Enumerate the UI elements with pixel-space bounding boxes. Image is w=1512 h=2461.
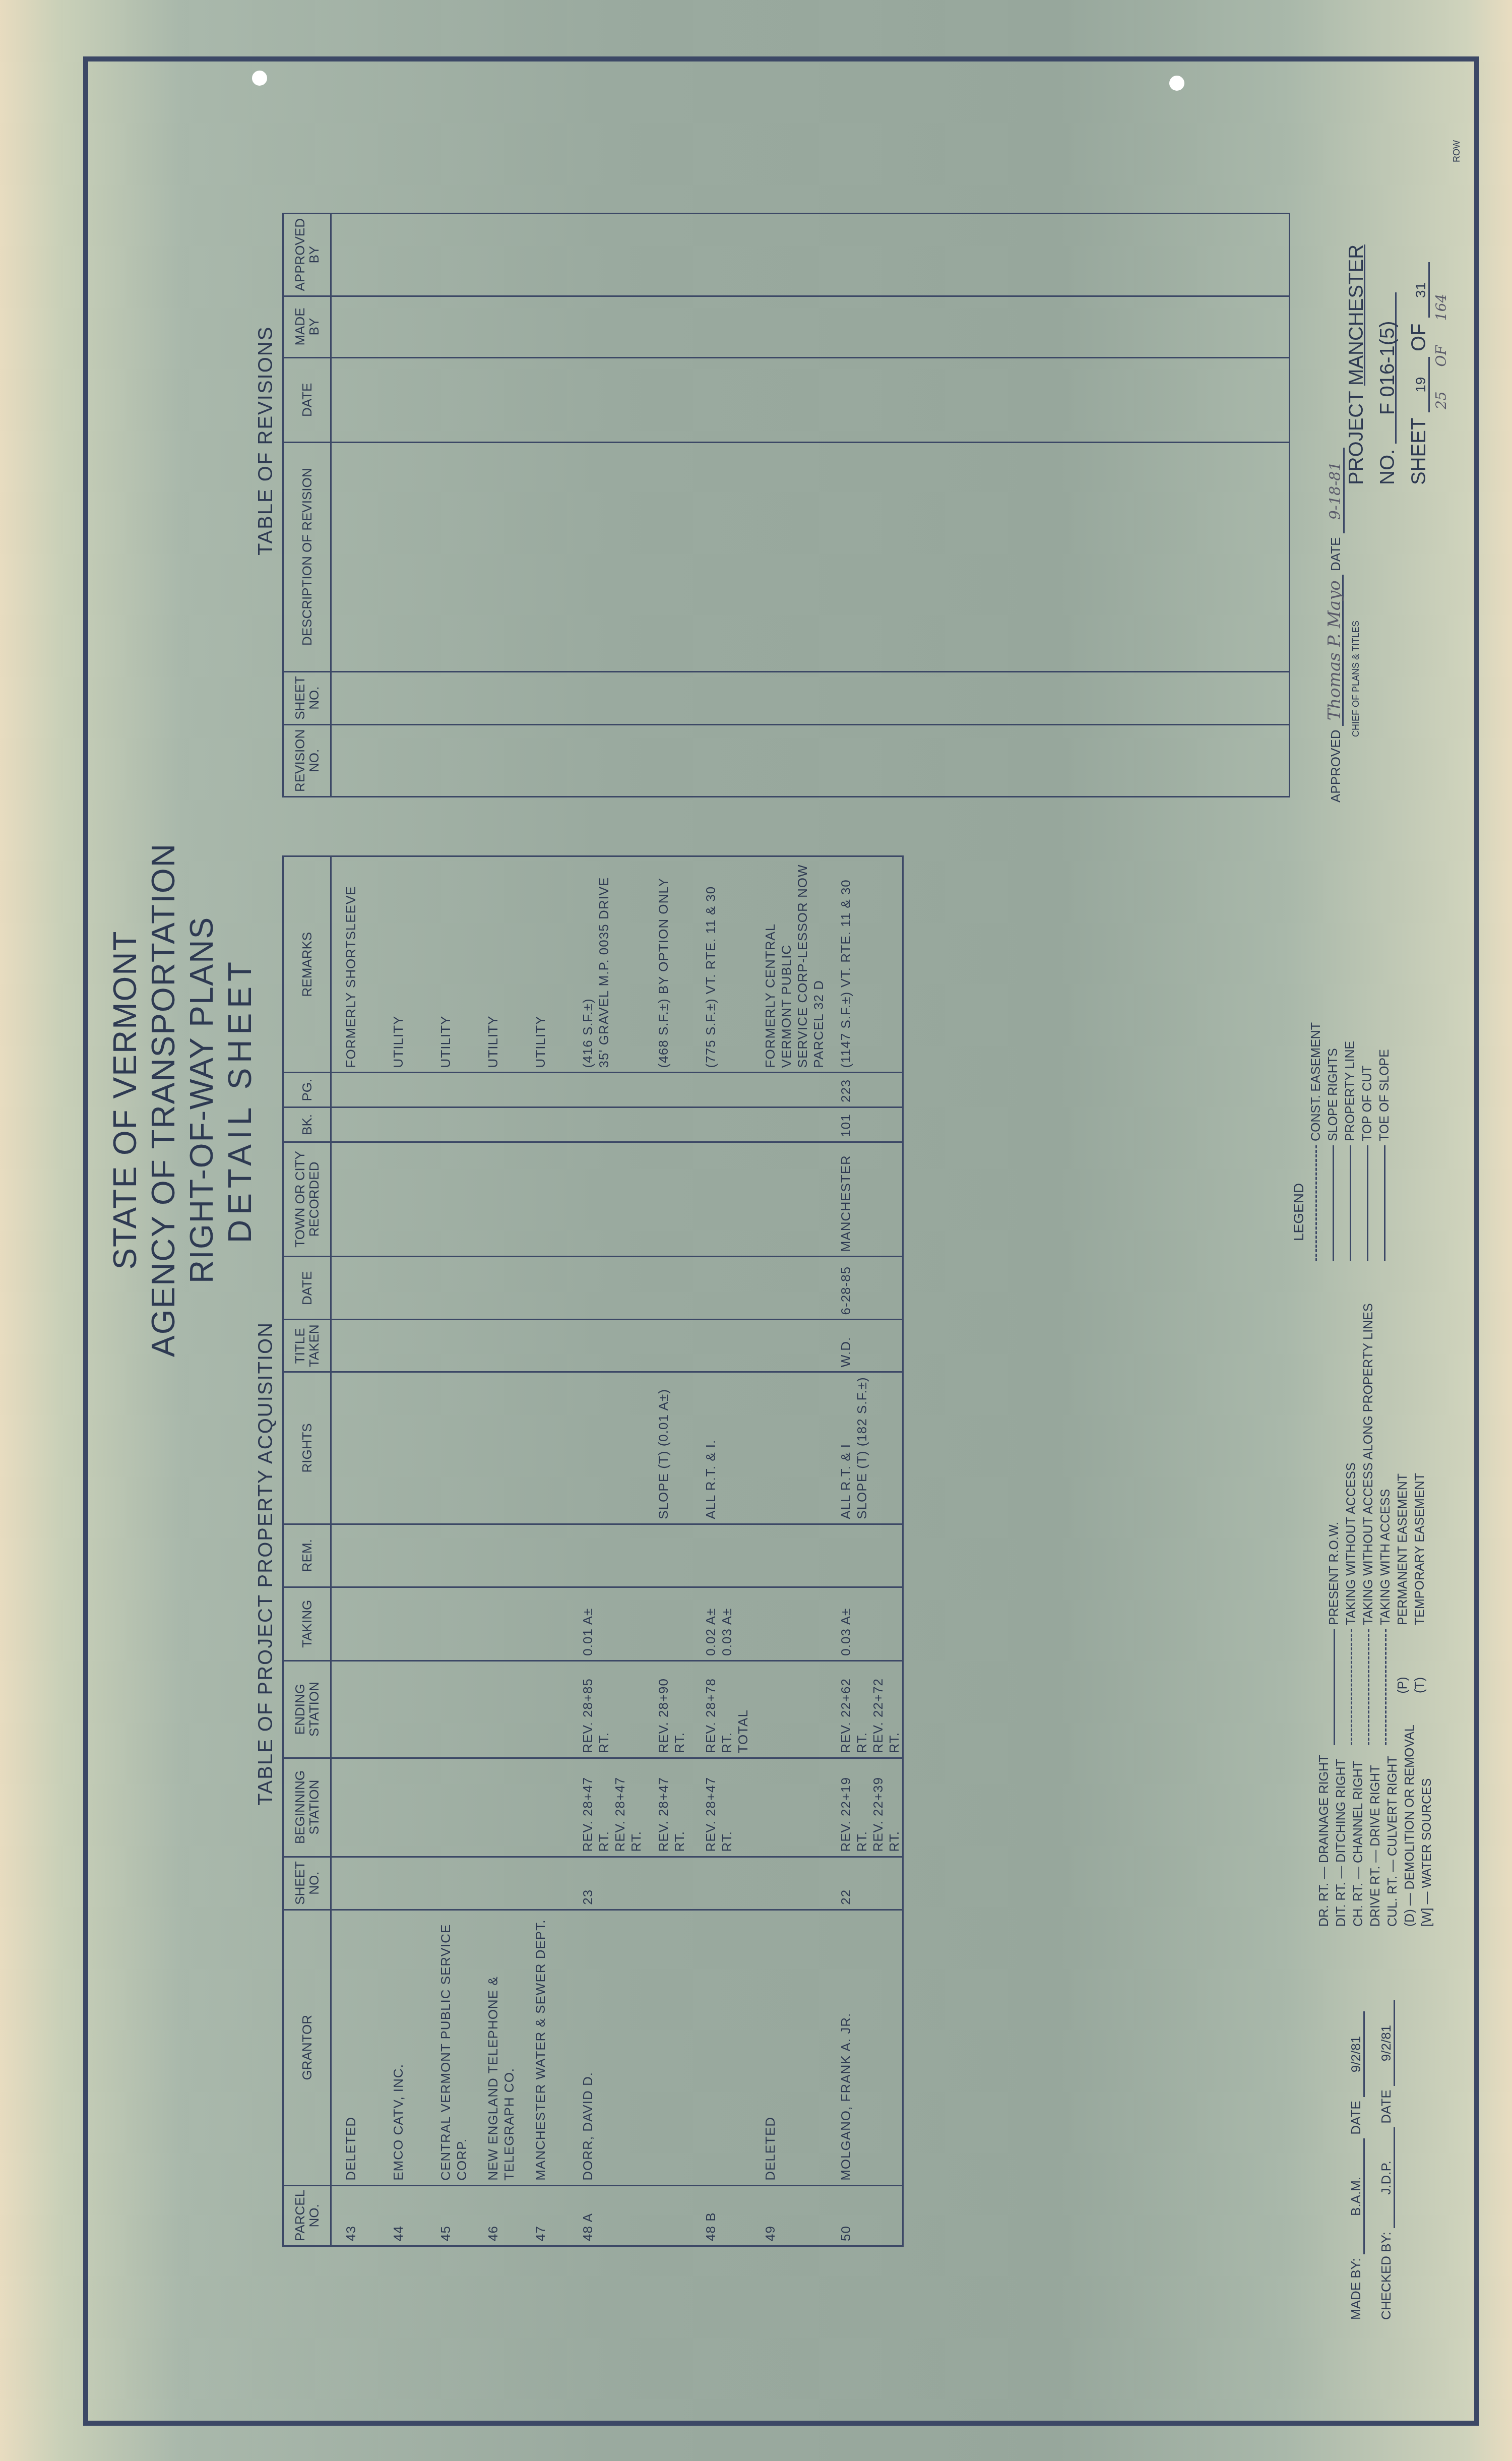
cell-taking: [474, 1587, 521, 1660]
of-label: OF: [1408, 324, 1430, 352]
cell-bk: [751, 1108, 827, 1142]
cell-grantor: DELETED: [331, 1910, 380, 2185]
rev-cell: [331, 671, 1290, 724]
cell-begin: [474, 1758, 521, 1857]
cell-title: [569, 1320, 644, 1372]
cell-date: [751, 1257, 827, 1320]
abbrev-item: CH. RT. — CHANNEL RIGHT: [1350, 1725, 1367, 1927]
cell-date: 6-28-85: [827, 1257, 903, 1320]
legend-label: PERMANENT EASEMENT: [1394, 1473, 1411, 1625]
cell-taking: 0.01 A±: [569, 1587, 644, 1660]
cell-title: [426, 1320, 474, 1372]
abbrev-item: DRIVE RT. — DRIVE RIGHT: [1367, 1725, 1384, 1927]
table-row-parcel-45: 45 CENTRAL VERMONT PUBLIC SERVICE CORP. …: [426, 856, 474, 2246]
cell-sheet: [691, 1857, 751, 1910]
table-row-parcel-50: 50 MOLGANO, FRANK A. JR. 22 REV. 22+19 R…: [827, 856, 903, 2246]
cell-town: [426, 1142, 474, 1256]
cell-town: [644, 1142, 691, 1256]
cell-bk: [474, 1108, 521, 1142]
circle-line-icon: [1384, 1145, 1385, 1261]
cell-sheet: [521, 1857, 569, 1910]
cell-pg: [331, 1073, 380, 1108]
abbrev-item: DR. RT. — DRAINAGE RIGHT: [1315, 1725, 1333, 1927]
slope-rights-line-icon: [1333, 1145, 1334, 1261]
revisions-empty-row: [331, 214, 1290, 797]
table-row-parcel-48a: 48 A DORR, DAVID D. 23 REV. 28+47 RT. RE…: [569, 856, 644, 2246]
legend-toe-of-slope: TOE OF SLOPE: [1376, 1022, 1393, 1261]
cell-bk: [331, 1108, 380, 1142]
col-date: DATE: [283, 1257, 331, 1320]
cell-remarks: UTILITY: [474, 856, 521, 1073]
legend-label: CONST. EASEMENT: [1307, 1022, 1325, 1141]
made-date-value: 9/2/81: [1348, 2011, 1365, 2097]
cell-remarks: (468 S.F.±) BY OPTION ONLY: [644, 856, 691, 1073]
col-beginning-station: BEGINNING STATION: [283, 1758, 331, 1857]
acquisition-table-title: TABLE OF PROJECT PROPERTY ACQUISITION: [255, 1322, 277, 1806]
cell-pg: [426, 1073, 474, 1108]
cell-date: [426, 1257, 474, 1320]
legend-label: TOP OF CUT: [1359, 1066, 1376, 1141]
title-line-agency: AGENCY OF TRANSPORTATION: [144, 823, 182, 1377]
cell-end: REV. 28+90 RT.: [644, 1660, 691, 1758]
cell-pg: [691, 1073, 751, 1108]
cell-rem: [644, 1524, 691, 1587]
cell-end: [751, 1660, 827, 1758]
cell-begin: REV. 22+19 RT. REV. 22+39 RT.: [827, 1758, 903, 1857]
cell-town: [331, 1142, 380, 1256]
cell-parcel: [644, 2185, 691, 2246]
legend-label: TOE OF SLOPE: [1376, 1049, 1393, 1141]
cell-end: [426, 1660, 474, 1758]
cell-grantor: [691, 1910, 751, 2185]
cell-taking: [644, 1587, 691, 1660]
cell-begin: [521, 1758, 569, 1857]
cell-parcel: 45: [426, 2185, 474, 2246]
cell-taking: [379, 1587, 426, 1660]
cell-title: W.D.: [827, 1320, 903, 1372]
checked-date-label: DATE: [1378, 2089, 1394, 2123]
legend-const-easement: CONST. EASEMENT: [1307, 1022, 1325, 1261]
cell-remarks: UTILITY: [426, 856, 474, 1073]
cell-sheet: [751, 1857, 827, 1910]
col-rem: REM.: [283, 1524, 331, 1587]
cell-parcel: 46: [474, 2185, 521, 2246]
cell-title: [521, 1320, 569, 1372]
title-line-detail: DETAIL SHEET: [221, 823, 259, 1377]
sheet-label: SHEET: [1408, 418, 1430, 485]
cell-date: [521, 1257, 569, 1320]
table-row-parcel-48a-slope: REV. 28+47 RT. REV. 28+90 RT. SLOPE (T) …: [644, 856, 691, 2246]
col-rev-date: DATE: [283, 357, 331, 442]
legend-taking-without-access: TAKING WITHOUT ACCESS: [1343, 1303, 1360, 1745]
present-row-line-icon: [1334, 1629, 1335, 1745]
cell-sheet: [426, 1857, 474, 1910]
rotated-drawing: STATE OF VERMONT AGENCY OF TRANSPORTATIO…: [0, 0, 1512, 2461]
made-by-line: MADE BY: B.A.M. DATE 9/2/81: [1341, 2000, 1371, 2320]
cell-rights: [331, 1372, 380, 1524]
cell-rem: [521, 1524, 569, 1587]
legend-top-of-cut: TOP OF CUT: [1359, 1022, 1376, 1261]
cell-title: [331, 1320, 380, 1372]
col-page: PG.: [283, 1073, 331, 1108]
rev-cell: [331, 296, 1290, 357]
revisions-table: REVISION NO. SHEET NO. DESCRIPTION OF RE…: [282, 213, 1290, 797]
cell-pg: [379, 1073, 426, 1108]
property-line-icon: [1350, 1145, 1351, 1261]
cell-rights: SLOPE (T) (0.01 A±): [644, 1372, 691, 1524]
cell-begin: [751, 1758, 827, 1857]
cell-rem: [691, 1524, 751, 1587]
col-description: DESCRIPTION OF REVISION: [283, 443, 331, 672]
cell-pg: [569, 1073, 644, 1108]
legend-label: TAKING WITH ACCESS: [1377, 1489, 1394, 1625]
acquisition-table: PARCEL NO. GRANTOR SHEET NO. BEGINNING S…: [282, 855, 904, 2247]
checked-by-line: CHECKED BY: J.D.P. DATE 9/2/81: [1371, 2000, 1401, 2320]
col-town-recorded: TOWN OR CITY RECORDED: [283, 1142, 331, 1256]
signoff-block: MADE BY: B.A.M. DATE 9/2/81 CHECKED BY: …: [1341, 2000, 1401, 2320]
cell-taking: [521, 1587, 569, 1660]
cell-grantor: DELETED: [751, 1910, 827, 2185]
temporary-easement-symbol: (T): [1411, 1625, 1428, 1745]
cell-grantor: NEW ENGLAND TELEPHONE & TELEGRAPH CO.: [474, 1910, 521, 2185]
cell-end: REV. 22+62 RT. REV. 22+72 RT.: [827, 1660, 903, 1758]
cell-rights: ALL R.T. & I SLOPE (T) (182 S.F.±): [827, 1372, 903, 1524]
legend-present-row: PRESENT R.O.W.: [1326, 1303, 1343, 1745]
cell-town: [474, 1142, 521, 1256]
revisions-header-row: REVISION NO. SHEET NO. DESCRIPTION OF RE…: [283, 214, 331, 797]
sheet-total: 31: [1413, 262, 1430, 318]
legend-label: SLOPE RIGHTS: [1325, 1048, 1342, 1141]
made-date-label: DATE: [1348, 2101, 1363, 2134]
col-revision-no: REVISION NO.: [283, 724, 331, 796]
cell-sheet: 23: [569, 1857, 644, 1910]
sheet-total-alt: 164: [1433, 294, 1450, 321]
cell-sheet: [474, 1857, 521, 1910]
made-by-value: B.A.M.: [1348, 2138, 1365, 2254]
approved-label: APPROVED: [1328, 730, 1343, 803]
cell-remarks: FORMERLY CENTRAL VERMONT PUBLIC SERVICE …: [751, 856, 827, 1073]
cell-taking: [331, 1587, 380, 1660]
cell-begin: REV. 28+47 RT.: [644, 1758, 691, 1857]
table-row-parcel-47: 47 MANCHESTER WATER & SEWER DEPT. UTILIT…: [521, 856, 569, 2246]
cell-rem: [751, 1524, 827, 1587]
dashed-line-icon: [1385, 1629, 1387, 1745]
table-row-parcel-44: 44 EMCO CATV, INC. UTILITY: [379, 856, 426, 2246]
cell-remarks: (1147 S.F.±) VT. RTE. 11 & 30: [827, 856, 903, 1073]
legend-taking-without-access-pl: TAKING WITHOUT ACCESS ALONG PROPERTY LIN…: [1360, 1303, 1377, 1745]
checked-date-value: 9/2/81: [1378, 2000, 1395, 2086]
cell-pg: [521, 1073, 569, 1108]
cell-rem: [426, 1524, 474, 1587]
abbrev-item: CUL. RT. — CULVERT RIGHT: [1384, 1725, 1401, 1927]
legend-permanent-easement: (P)PERMANENT EASEMENT: [1394, 1303, 1411, 1745]
cell-rights: [474, 1372, 521, 1524]
legend-temporary-easement: (T)TEMPORARY EASEMENT: [1411, 1303, 1428, 1745]
cell-bk: [644, 1108, 691, 1142]
cell-bk: 101: [827, 1108, 903, 1142]
table-row-parcel-49: 49 DELETED FORMERLY CENTRAL VERMONT PUBL…: [751, 856, 827, 2246]
permanent-easement-symbol: (P): [1394, 1625, 1411, 1745]
cell-taking: [751, 1587, 827, 1660]
checked-by-value: J.D.P.: [1378, 2127, 1395, 2228]
title-block: STATE OF VERMONT AGENCY OF TRANSPORTATIO…: [106, 823, 259, 1377]
cell-rem: [379, 1524, 426, 1587]
hatch-property-line-icon: [1368, 1629, 1369, 1745]
cell-rights: [569, 1372, 644, 1524]
cell-end: [521, 1660, 569, 1758]
revisions-table-title: TABLE OF REVISIONS: [255, 326, 277, 556]
cell-parcel: 43: [331, 2185, 380, 2246]
of-label-alt: OF: [1433, 345, 1450, 366]
project-block: PROJECT MANCHESTER NO. F 016-1(5) SHEET …: [1341, 244, 1448, 485]
cell-bk: [379, 1108, 426, 1142]
cell-town: [691, 1142, 751, 1256]
col-remarks: REMARKS: [283, 856, 331, 1073]
cell-title: [474, 1320, 521, 1372]
rev-cell: [331, 724, 1290, 796]
col-made-by: MADE BY: [283, 296, 331, 357]
cell-pg: [474, 1073, 521, 1108]
cell-begin: REV. 28+47 RT.: [691, 1758, 751, 1857]
project-line: PROJECT MANCHESTER: [1341, 244, 1372, 485]
checked-by-label: CHECKED BY:: [1378, 2232, 1394, 2320]
cell-grantor: MANCHESTER WATER & SEWER DEPT.: [521, 1910, 569, 2185]
cell-rights: [521, 1372, 569, 1524]
cell-begin: REV. 28+47 RT. REV. 28+47 RT.: [569, 1758, 644, 1857]
table-row-parcel-43: 43 DELETED FORMERLY SHORTSLEEVE: [331, 856, 380, 2246]
cell-parcel: 50: [827, 2185, 903, 2246]
approval-block: APPROVED Thomas P. Mayo DATE 9-18-81 CHI…: [1320, 448, 1361, 803]
col-title-taken: TITLE TAKEN: [283, 1320, 331, 1372]
cell-remarks: FORMERLY SHORTSLEEVE: [331, 856, 380, 1073]
cell-town: MANCHESTER: [827, 1142, 903, 1256]
cell-parcel: 48 B: [691, 2185, 751, 2246]
legend-label: TAKING WITHOUT ACCESS: [1343, 1462, 1360, 1625]
cell-town: [521, 1142, 569, 1256]
col-book: BK.: [283, 1108, 331, 1142]
cell-taking: 0.03 A±: [827, 1587, 903, 1660]
cell-title: [691, 1320, 751, 1372]
cell-town: [569, 1142, 644, 1256]
rev-cell: [331, 357, 1290, 442]
cell-parcel: 44: [379, 2185, 426, 2246]
col-taking: TAKING: [283, 1587, 331, 1660]
hatch-line-icon: [1351, 1629, 1352, 1745]
cell-sheet: 22: [827, 1857, 903, 1910]
col-rev-sheet-no: SHEET NO.: [283, 671, 331, 724]
alt-sheet-numbering: 25 OF 164: [1434, 244, 1448, 409]
abbreviations-list: DR. RT. — DRAINAGE RIGHT DIT. RT. — DITC…: [1315, 1725, 1435, 1927]
rev-cell: [331, 443, 1290, 672]
cell-taking: [426, 1587, 474, 1660]
cell-end: [474, 1660, 521, 1758]
project-number: F 016-1(5): [1380, 292, 1397, 444]
cell-grantor: [644, 1910, 691, 2185]
legend-title: LEGEND: [1290, 1022, 1307, 1241]
cell-town: [379, 1142, 426, 1256]
cell-bk: [569, 1108, 644, 1142]
cell-parcel: 49: [751, 2185, 827, 2246]
col-parcel-no: PARCEL NO.: [283, 2185, 331, 2246]
cell-parcel: 47: [521, 2185, 569, 2246]
abbrev-item: DIT. RT. — DITCHING RIGHT: [1333, 1725, 1350, 1927]
cell-pg: 223: [827, 1073, 903, 1108]
sheet-number: 19: [1413, 357, 1430, 412]
cell-rights: [751, 1372, 827, 1524]
title-line-plans: RIGHT-OF-WAY PLANS: [182, 823, 221, 1377]
cell-date: [331, 1257, 380, 1320]
cell-rem: [331, 1524, 380, 1587]
cell-rem: [569, 1524, 644, 1587]
cell-title: [379, 1320, 426, 1372]
abbrev-item: [W] — WATER SOURCES: [1418, 1725, 1435, 1927]
title-line-state: STATE OF VERMONT: [106, 823, 144, 1377]
project-label: PROJECT: [1345, 391, 1367, 485]
cell-title: [751, 1320, 827, 1372]
col-ending-station: ENDING STATION: [283, 1660, 331, 1758]
approval-role: CHIEF OF PLANS & TITLES: [1351, 448, 1361, 737]
const-easement-line-icon: [1315, 1145, 1317, 1261]
cell-remarks: UTILITY: [379, 856, 426, 1073]
cell-rem: [474, 1524, 521, 1587]
cell-grantor: CENTRAL VERMONT PUBLIC SERVICE CORP.: [426, 1910, 474, 2185]
legend-label: PRESENT R.O.W.: [1326, 1522, 1343, 1625]
table-row-parcel-46: 46 NEW ENGLAND TELEPHONE & TELEGRAPH CO.…: [474, 856, 521, 2246]
cell-grantor: MOLGANO, FRANK A. JR.: [827, 1910, 903, 2185]
approval-date-label: DATE: [1328, 537, 1343, 571]
project-number-line: NO. F 016-1(5): [1372, 244, 1403, 485]
cell-pg: [751, 1073, 827, 1108]
cell-begin: [426, 1758, 474, 1857]
cell-bk: [521, 1108, 569, 1142]
cell-rights: [426, 1372, 474, 1524]
sheet-number-alt: 25: [1433, 391, 1450, 409]
rev-cell: [331, 214, 1290, 296]
triangle-line-icon: [1367, 1145, 1368, 1261]
cell-remarks: UTILITY: [521, 856, 569, 1073]
cell-pg: [644, 1073, 691, 1108]
cell-begin: [379, 1758, 426, 1857]
cell-bk: [691, 1108, 751, 1142]
legend-taking-with-access: TAKING WITH ACCESS: [1377, 1303, 1394, 1745]
cell-begin: [331, 1758, 380, 1857]
cell-date: [691, 1257, 751, 1320]
legend-label: TEMPORARY EASEMENT: [1411, 1473, 1428, 1625]
cell-rem: [827, 1524, 903, 1587]
legend-right: LEGEND CONST. EASEMENT SLOPE RIGHTS PROP…: [1290, 1022, 1393, 1261]
cell-town: [751, 1142, 827, 1256]
cell-sheet: [644, 1857, 691, 1910]
cell-end: REV. 28+85 RT.: [569, 1660, 644, 1758]
cell-bk: [426, 1108, 474, 1142]
acquisition-header-row: PARCEL NO. GRANTOR SHEET NO. BEGINNING S…: [283, 856, 331, 2246]
made-by-label: MADE BY:: [1348, 2258, 1363, 2320]
cell-parcel: 48 A: [569, 2185, 644, 2246]
cell-remarks: (775 S.F.±) VT. RTE. 11 & 30: [691, 856, 751, 1073]
cell-title: [644, 1320, 691, 1372]
cell-end: [331, 1660, 380, 1758]
project-no-label: NO.: [1376, 449, 1399, 485]
sheet-number-line: SHEET 19 OF 31: [1403, 244, 1434, 485]
legend-slope-rights: SLOPE RIGHTS: [1325, 1022, 1342, 1261]
cell-date: [379, 1257, 426, 1320]
cell-sheet: [379, 1857, 426, 1910]
col-sheet-no: SHEET NO.: [283, 1857, 331, 1910]
cell-date: [474, 1257, 521, 1320]
cell-end: REV. 28+78 RT. TOTAL: [691, 1660, 751, 1758]
cell-grantor: DORR, DAVID D.: [569, 1910, 644, 2185]
col-approved-by: APPROVED BY: [283, 214, 331, 296]
cell-taking: 0.02 A± 0.03 A±: [691, 1587, 751, 1660]
col-grantor: GRANTOR: [283, 1910, 331, 2185]
row-stamp: ROW: [1452, 140, 1462, 162]
cell-sheet: [331, 1857, 380, 1910]
cell-remarks: (416 S.F.±) 35' GRAVEL M.P. 0035 DRIVE: [569, 856, 644, 1073]
legend-label: TAKING WITHOUT ACCESS ALONG PROPERTY LIN…: [1360, 1303, 1377, 1625]
project-name: MANCHESTER: [1349, 244, 1365, 386]
cell-date: [644, 1257, 691, 1320]
col-rights: RIGHTS: [283, 1372, 331, 1524]
abbrev-item: (D) — DEMOLITION OR REMOVAL: [1401, 1725, 1418, 1927]
cell-end: [379, 1660, 426, 1758]
legend-label: PROPERTY LINE: [1342, 1041, 1359, 1141]
legend-property-line: PROPERTY LINE: [1342, 1022, 1359, 1261]
legend-left: PRESENT R.O.W. TAKING WITHOUT ACCESS TAK…: [1326, 1303, 1428, 1745]
cell-grantor: EMCO CATV, INC.: [379, 1910, 426, 2185]
approval-signature: Thomas P. Mayo: [1327, 575, 1344, 726]
cell-date: [569, 1257, 644, 1320]
table-row-parcel-48b: 48 B REV. 28+47 RT. REV. 28+78 RT. TOTAL…: [691, 856, 751, 2246]
cell-rights: ALL R.T. & I.: [691, 1372, 751, 1524]
cell-rights: [379, 1372, 426, 1524]
